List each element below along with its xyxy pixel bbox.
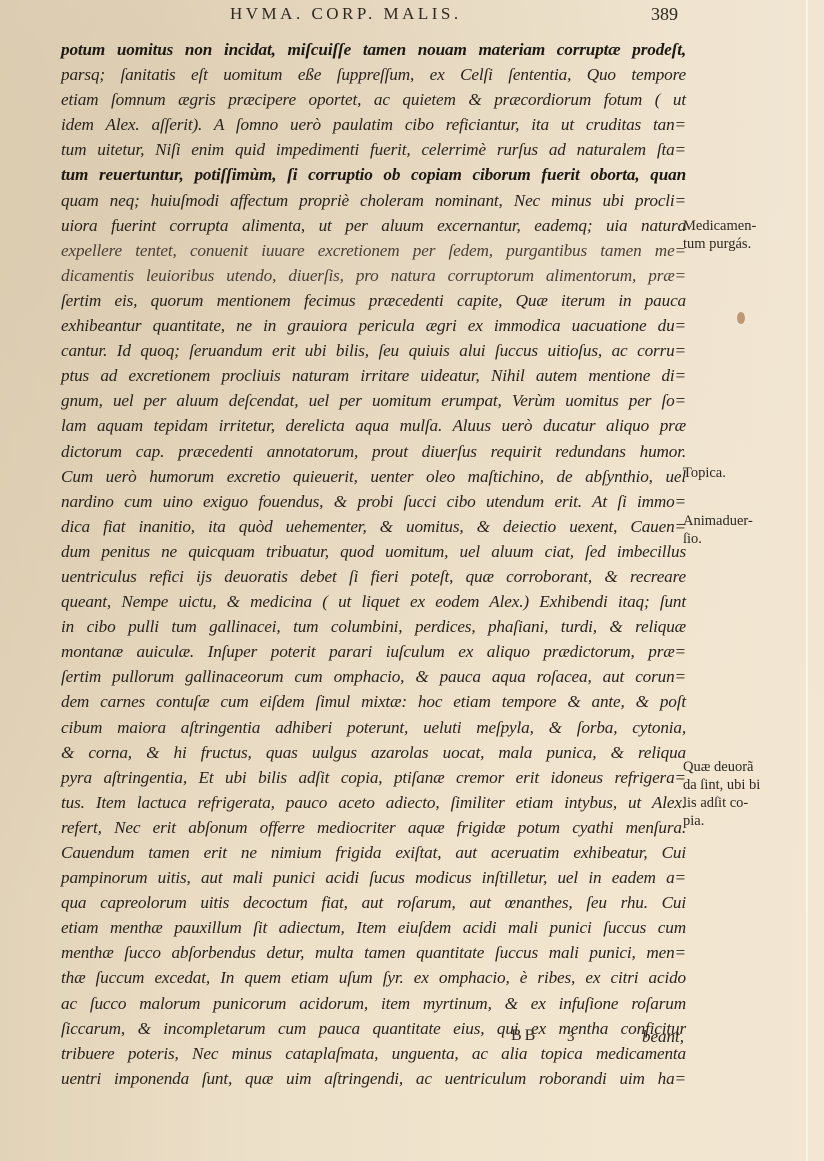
margin-note-line: Quæ deuorã [683, 758, 760, 776]
text-line: uentriculus refici ijs deuoratis debet ſ… [61, 564, 686, 589]
text-line: pyra aſtringentia, Et ubi bilis adſit co… [61, 765, 686, 790]
text-line: dica fiat inanitio, ita quòd uehementer,… [61, 514, 686, 539]
margin-note-line: lis adſit co- [683, 794, 760, 812]
margin-note-line: da ſint, ubi bi [683, 776, 760, 794]
signature-number: 3 [567, 1029, 575, 1046]
margin-note-quae-deuoranda: Quæ deuorã da ſint, ubi bi lis adſit co-… [683, 758, 760, 830]
text-line: etiam ſomnum ægris præcipere oportet, ac… [61, 87, 686, 112]
text-line: ptus ad excretionem procliuis naturam ir… [61, 363, 686, 388]
running-head: HVMA. CORP. MALIS. 389 [60, 4, 704, 34]
margin-note-line: ſio. [683, 530, 753, 548]
text-line: exhibeantur quantitate, ne in grauiora p… [61, 313, 686, 338]
page-fold-edge [806, 0, 808, 1161]
margin-note-medicamentum: Medicamen- tum purgás. [683, 217, 756, 253]
text-line: qua capreolorum uitis decoctum fiat, aut… [61, 890, 686, 915]
text-line: dicamentis leuioribus utendo, diuerſis, … [61, 263, 686, 288]
text-line: & corna, & hi fructus, quas uulgus azaro… [61, 740, 686, 765]
margin-note-animaduersio: Animaduer- ſio. [683, 512, 753, 548]
text-line: tus. Item lactuca refrigerata, pauco ace… [61, 790, 686, 815]
text-line: dum penitus ne quicquam tribuatur, quod … [61, 539, 686, 564]
catchword: beant, [642, 1027, 684, 1047]
ink-stain [737, 312, 745, 324]
text-line: thæ ſuccum excedat, In quem etiam uſum ſ… [61, 965, 686, 990]
text-line: lam aquam tepidam irritetur, derelicta a… [61, 413, 686, 438]
margin-note-line: Animaduer- [683, 512, 753, 530]
text-line: gnum, uel per aluum deſcendat, uel per u… [61, 388, 686, 413]
text-line: Cum uerò humorum excretio quieuerit, uen… [61, 464, 686, 489]
margin-note-line: tum purgás. [683, 235, 756, 253]
text-line: ac ſucco malorum punicorum acidorum, ite… [61, 991, 686, 1016]
text-line: uiora fuerint corrupta alimenta, ut per … [61, 213, 686, 238]
text-line: dictorum cap. præcedenti annotatorum, pr… [61, 439, 686, 464]
text-line: menthæ ſucco abſorbendus detur, multa ta… [61, 940, 686, 965]
text-line: cantur. Id quoq; ſeruandum erit ubi bili… [61, 338, 686, 363]
text-line: ſertim eis, quorum mentionem fecimus præ… [61, 288, 686, 313]
text-line: refert, Nec erit abſonum offerre mediocr… [61, 815, 686, 840]
page-footer: BB 3 beant, [61, 1027, 686, 1055]
text-line: Cauendum tamen erit ne nimium frigida ex… [61, 840, 686, 865]
text-line: in cibo pulli tum gallinacei, tum columb… [61, 614, 686, 639]
margin-note-line: Topica. [683, 464, 726, 482]
text-line: uentri imponenda ſunt, quæ uim aſtringen… [61, 1066, 686, 1091]
signature-mark: BB [511, 1027, 538, 1045]
text-line: pampinorum uitis, aut mali punici acidi … [61, 865, 686, 890]
body-text: potum uomitus non incidat, miſcuiſſe tam… [61, 37, 686, 1091]
margin-note-line: Medicamen- [683, 217, 756, 235]
running-title: HVMA. CORP. MALIS. [230, 4, 462, 24]
text-line: idem Alex. aſſerit). A ſomno uerò paulat… [61, 112, 686, 137]
margin-note-line: pia. [683, 812, 760, 830]
text-line: expellere tentet, conuenit iuuare excret… [61, 238, 686, 263]
text-line: cibum maiora aſtringentia adhiberi poter… [61, 715, 686, 740]
text-line: queant, Nempe uictu, & medicina ( ut liq… [61, 589, 686, 614]
text-line: montanæ auiculæ. Inſuper poterit parari … [61, 639, 686, 664]
text-line: etiam menthæ pauxillum ſit adiectum, Ite… [61, 915, 686, 940]
text-line: dem carnes contuſæ cum eiſdem ſimul mixt… [61, 689, 686, 714]
text-line: ſertim pullorum gallinaceorum cum omphac… [61, 664, 686, 689]
page-number: 389 [651, 4, 678, 25]
text-line: nardino cum uino exiguo fouendus, & prob… [61, 489, 686, 514]
text-line: potum uomitus non incidat, miſcuiſſe tam… [61, 37, 686, 62]
text-line: quam neq; huiuſmodi affectum propriè cho… [61, 188, 686, 213]
text-line: parsq; ſanitatis eſt uomitum eße ſuppreſ… [61, 62, 686, 87]
text-line: tum uitetur, Niſi enim quid impedimenti … [61, 137, 686, 162]
margin-note-topica: Topica. [683, 464, 726, 482]
text-line: tum reuertuntur, potiſſimùm, ſi corrupti… [61, 162, 686, 187]
